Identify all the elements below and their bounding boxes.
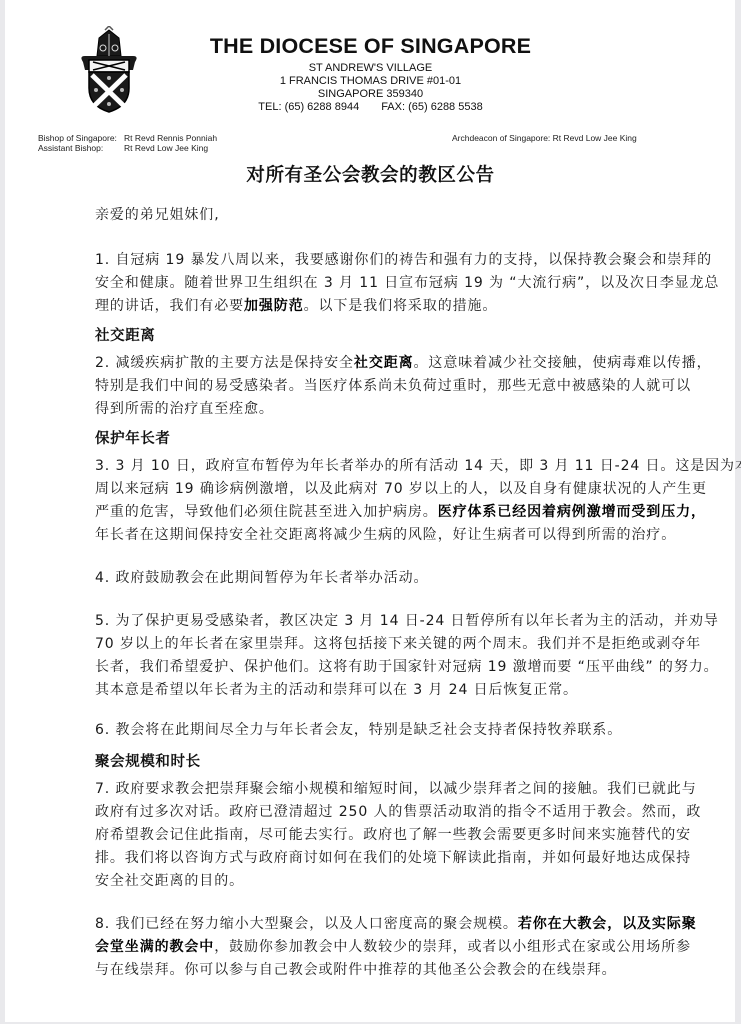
- emphasis-text: 社交距离: [354, 355, 414, 371]
- paragraph-5-line-2: 70 岁以上的年长者在家里崇拜。这将包括接下来关键的两个周末。我们并不是拒绝或剥…: [95, 635, 701, 653]
- address-line-1: ST ANDREW'S VILLAGE: [0, 62, 741, 75]
- paragraph-4: 4. 政府鼓励教会在此期间暂停为年长者举办活动。: [95, 569, 428, 587]
- text: 严重的危害，导致他们必须住院甚至进入加护病房。: [95, 504, 438, 520]
- paragraph-5-line-3: 长者，我们希望爱护、保护他们。这将有助于国家针对冠病 19 激增而要 “压平曲线…: [95, 658, 719, 676]
- paragraph-6: 6. 教会将在此期间尽全力与年长者会友，特别是缺乏社会支持者保持牧养联系。: [95, 721, 622, 739]
- contact-line: TEL: (65) 6288 8944FAX: (65) 6288 5538: [0, 101, 741, 114]
- assistant-bishop-name: Rt Revd Low Jee King: [124, 143, 208, 153]
- text: 理的讲话，我们有必要: [95, 298, 244, 314]
- paragraph-7-line-4: 排。我们将以咨询方式与政府商讨如何在我们的处境下解读此指南，并如何最好地达成保持: [95, 849, 691, 867]
- paragraph-5-line-1: 5. 为了保护更易受感染者，教区决定 3 月 14 日-24 日暂停所有以年长者…: [95, 612, 719, 630]
- emphasis-text: 会堂坐满的教会中: [95, 939, 214, 955]
- paragraph-2-line-3: 得到所需的治疗直至痊愈。: [95, 400, 274, 418]
- text: 。这意味着减少社交接触，使病毒难以传播，: [414, 355, 712, 371]
- assistant-bishop-label: Assistant Bishop:: [38, 143, 103, 153]
- bishop-label: Bishop of Singapore:: [38, 133, 117, 143]
- paragraph-7-line-3: 府希望教会记住此指南，尽可能去实行。政府也了解一些教会需要更多时间来实施替代的安: [95, 826, 691, 844]
- paragraph-3-line-3: 严重的危害，导致他们必须住院甚至进入加护病房。医疗体系已经因着病例激增而受到压力…: [95, 503, 706, 521]
- emphasis-text: 医疗体系已经因着病例激增而受到压力，: [438, 504, 706, 520]
- text: 8. 我们已经在努力缩小大型聚会，以及人口密度高的聚会规模。: [95, 916, 518, 932]
- archdeacon: Archdeacon of Singapore: Rt Revd Low Jee…: [452, 133, 637, 143]
- paragraph-1-line-2: 安全和健康。随着世界卫生组织在 3 月 11 日宣布冠病 19 为 “大流行病”…: [95, 274, 719, 292]
- paragraph-7-line-1: 7. 政府要求教会把崇拜聚会缩小规模和缩短时间，以减少崇拜者之间的接触。我们已就…: [95, 780, 697, 798]
- heading-social-distancing: 社交距离: [95, 324, 155, 345]
- paragraph-8-line-3: 与在线崇拜。你可以参与自己教会或附件中推荐的其他圣公会教会的在线崇拜。: [95, 961, 617, 979]
- bishop-name: Rt Revd Rennis Ponniah: [124, 133, 217, 143]
- paragraph-3-line-4: 年长者在这期间保持安全社交距离将减少生病的风险，好让生病者可以得到所需的治疗。: [95, 526, 676, 544]
- paragraph-7-line-5: 安全社交距离的目的。: [95, 872, 244, 890]
- text: ，鼓励你参加教会中人数较少的崇拜，或者以小组形式在家或公用场所参: [214, 939, 691, 955]
- address-line-2: 1 FRANCIS THOMAS DRIVE #01-01: [0, 75, 741, 88]
- address-line-3: SINGAPORE 359340: [0, 88, 741, 101]
- paragraph-2-line-2: 特别是我们中间的易受感染者。当医疗体系尚未负荷过重时，那些无意中被感染的人就可以: [95, 377, 691, 395]
- emphasis-text: 若你在大教会，以及实际聚: [518, 916, 697, 932]
- paragraph-1-line-3: 理的讲话，我们有必要加强防范。以下是我们将采取的措施。: [95, 297, 497, 315]
- heading-protect-elderly: 保护年长者: [95, 427, 171, 448]
- paragraph-3-line-1: 3. 3 月 10 日，政府宣布暂停为年长者举办的所有活动 14 天，即 3 月…: [95, 457, 741, 475]
- text: 2. 减缓疾病扩散的主要方法是保持安全: [95, 355, 354, 371]
- paragraph-8-line-1: 8. 我们已经在努力缩小大型聚会，以及人口密度高的聚会规模。若你在大教会，以及实…: [95, 915, 697, 933]
- paragraph-2-line-1: 2. 减缓疾病扩散的主要方法是保持安全社交距离。这意味着减少社交接触，使病毒难以…: [95, 354, 712, 372]
- paragraph-7-line-2: 政府有过多次对话。政府已澄清超过 250 人的售票活动取消的指令不适用于教会。然…: [95, 803, 701, 821]
- greeting: 亲爱的弟兄姐妹们,: [95, 206, 220, 224]
- fax-number: FAX: (65) 6288 5538: [381, 101, 483, 114]
- text: 。以下是我们将采取的措施。: [304, 298, 498, 314]
- emphasis-text: 加强防范: [244, 298, 304, 314]
- paragraph-8-line-2: 会堂坐满的教会中，鼓励你参加教会中人数较少的崇拜，或者以小组形式在家或公用场所参: [95, 938, 691, 956]
- document-title: 对所有圣公会教会的教区公告: [0, 161, 741, 187]
- paragraph-1-line-1: 1. 自冠病 19 暴发八周以来，我要感谢你们的祷告和强有力的支持，以保持教会聚…: [95, 251, 712, 269]
- paragraph-5-line-4: 其本意是希望以年长者为主的活动和崇拜可以在 3 月 24 日后恢复正常。: [95, 681, 578, 699]
- organization-name: THE DIOCESE OF SINGAPORE: [0, 34, 741, 59]
- telephone-number: TEL: (65) 6288 8944: [258, 101, 359, 114]
- heading-gathering-size-duration: 聚会规模和时长: [95, 750, 201, 771]
- paragraph-3-line-2: 周以来冠病 19 确诊病例激增，以及此病对 70 岁以上的人，以及自身有健康状况…: [95, 480, 707, 498]
